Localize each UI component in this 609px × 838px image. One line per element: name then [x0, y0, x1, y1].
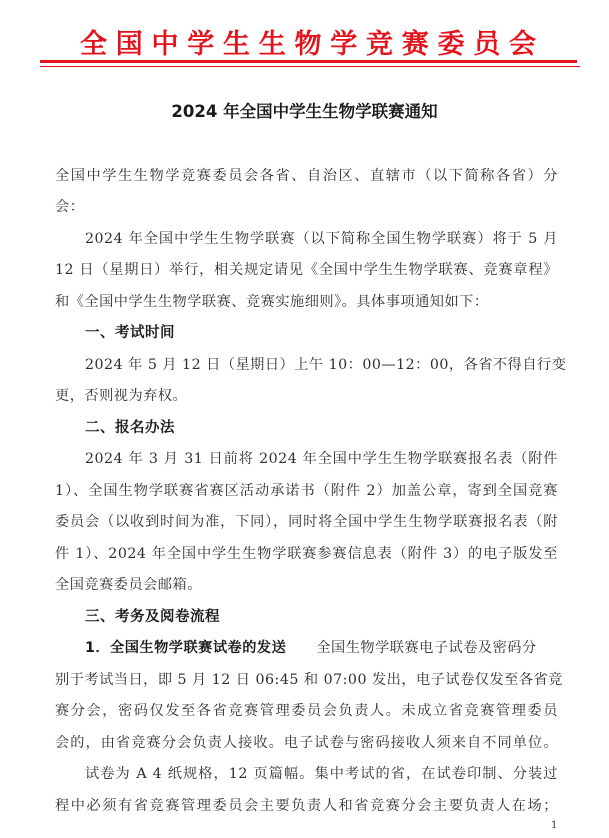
paragraph-line: 别于考试当日，即 5 月 12 日 06:45 和 07:00 发出，电子试卷仅… — [55, 669, 558, 691]
paragraph-line: 试卷为 A 4 纸规格，12 页篇幅。集中考试的省，在试卷印制、分装过 — [85, 763, 558, 785]
letterhead-char: 委 — [438, 28, 465, 62]
letterhead-char: 学 — [187, 28, 214, 62]
letterhead-char: 物 — [295, 28, 322, 62]
paragraph-line: 2024 年 3 月 31 日前将 2024 年全国中学生生物学联赛报名表（附件 — [85, 448, 558, 470]
letterhead-char: 员 — [473, 28, 500, 62]
paragraph-line: 更，否则视为弃权。 — [55, 385, 558, 407]
section-heading-exam-time: 一、考试时间 — [85, 322, 558, 344]
paragraph-line: 1）、全国生物学联赛省赛区活动承诺书（附件 2）加盖公章，寄到全国竞赛 — [55, 480, 558, 502]
section-heading-registration: 二、报名办法 — [85, 417, 558, 439]
letterhead-rule-thin — [40, 66, 580, 67]
paragraph-text: 全国生物学联赛电子试卷及密码分 — [316, 640, 536, 656]
paragraph-line: 会的，由省竞赛分会负责人接收。电子试卷与密码接收人须来自不同单位。 — [55, 732, 558, 754]
document-title: 2024 年全国中学生生物学联赛通知 — [0, 100, 609, 124]
subheading-paper-delivery: 1．全国生物学联赛试卷的发送 — [85, 640, 286, 656]
letterhead-rule-thick — [40, 60, 577, 63]
letterhead-char: 竞 — [366, 28, 393, 62]
letterhead-char: 国 — [116, 28, 143, 62]
section-heading-exam-process: 三、考务及阅卷流程 — [85, 606, 558, 628]
letterhead-char: 生 — [223, 28, 250, 62]
paragraph-line: 和《全国中学生生物学联赛、竞赛实施细则》。具体事项通知如下： — [55, 291, 558, 313]
paragraph-line: 件 1）、2024 年全国中学生生物学联赛参赛信息表（附件 3）的电子版发至 — [55, 543, 558, 565]
salutation-line: 会： — [55, 196, 558, 218]
paragraph-line: 赛分会，密码仅发至各省竞赛管理委员会负责人。未成立省竞赛管理委员 — [55, 700, 558, 722]
paragraph-line: 12 日（星期日）举行，相关规定请见《全国中学生生物学联赛、竞赛章程》 — [55, 259, 558, 281]
letterhead-char: 生 — [259, 28, 286, 62]
letterhead-char: 会 — [509, 28, 536, 62]
paragraph-line: 2024 年全国中学生生物学联赛（以下简称全国生物学联赛）将于 5 月 — [85, 228, 558, 250]
page-number: 1 — [551, 820, 557, 831]
paragraph-line: 委员会（以收到时间为准，下同），同时将全国中学生生物学联赛报名表（附 — [55, 511, 558, 533]
paragraph-line: 2024 年 5 月 12 日（星期日）上午 10：00—12：00，各省不得自… — [85, 354, 558, 376]
salutation-line: 全国中学生生物学竞赛委员会各省、自治区、直辖市（以下简称各省）分 — [55, 165, 558, 187]
letterhead-char: 学 — [330, 28, 357, 62]
letterhead-char: 赛 — [402, 28, 429, 62]
paragraph-line: 程中必须有省竞赛管理委员会主要负责人和省竞赛分会主要负责人在场； — [55, 795, 558, 817]
paragraph-line: 全国竞赛委员会邮箱。 — [55, 574, 558, 596]
letterhead-char: 中 — [152, 28, 179, 62]
letterhead-char: 全 — [80, 28, 107, 62]
paragraph-line: 1．全国生物学联赛试卷的发送全国生物学联赛电子试卷及密码分 — [85, 637, 558, 659]
letterhead-org-name: 全 国 中 学 生 生 物 学 竞 赛 委 员 会 — [80, 28, 536, 62]
